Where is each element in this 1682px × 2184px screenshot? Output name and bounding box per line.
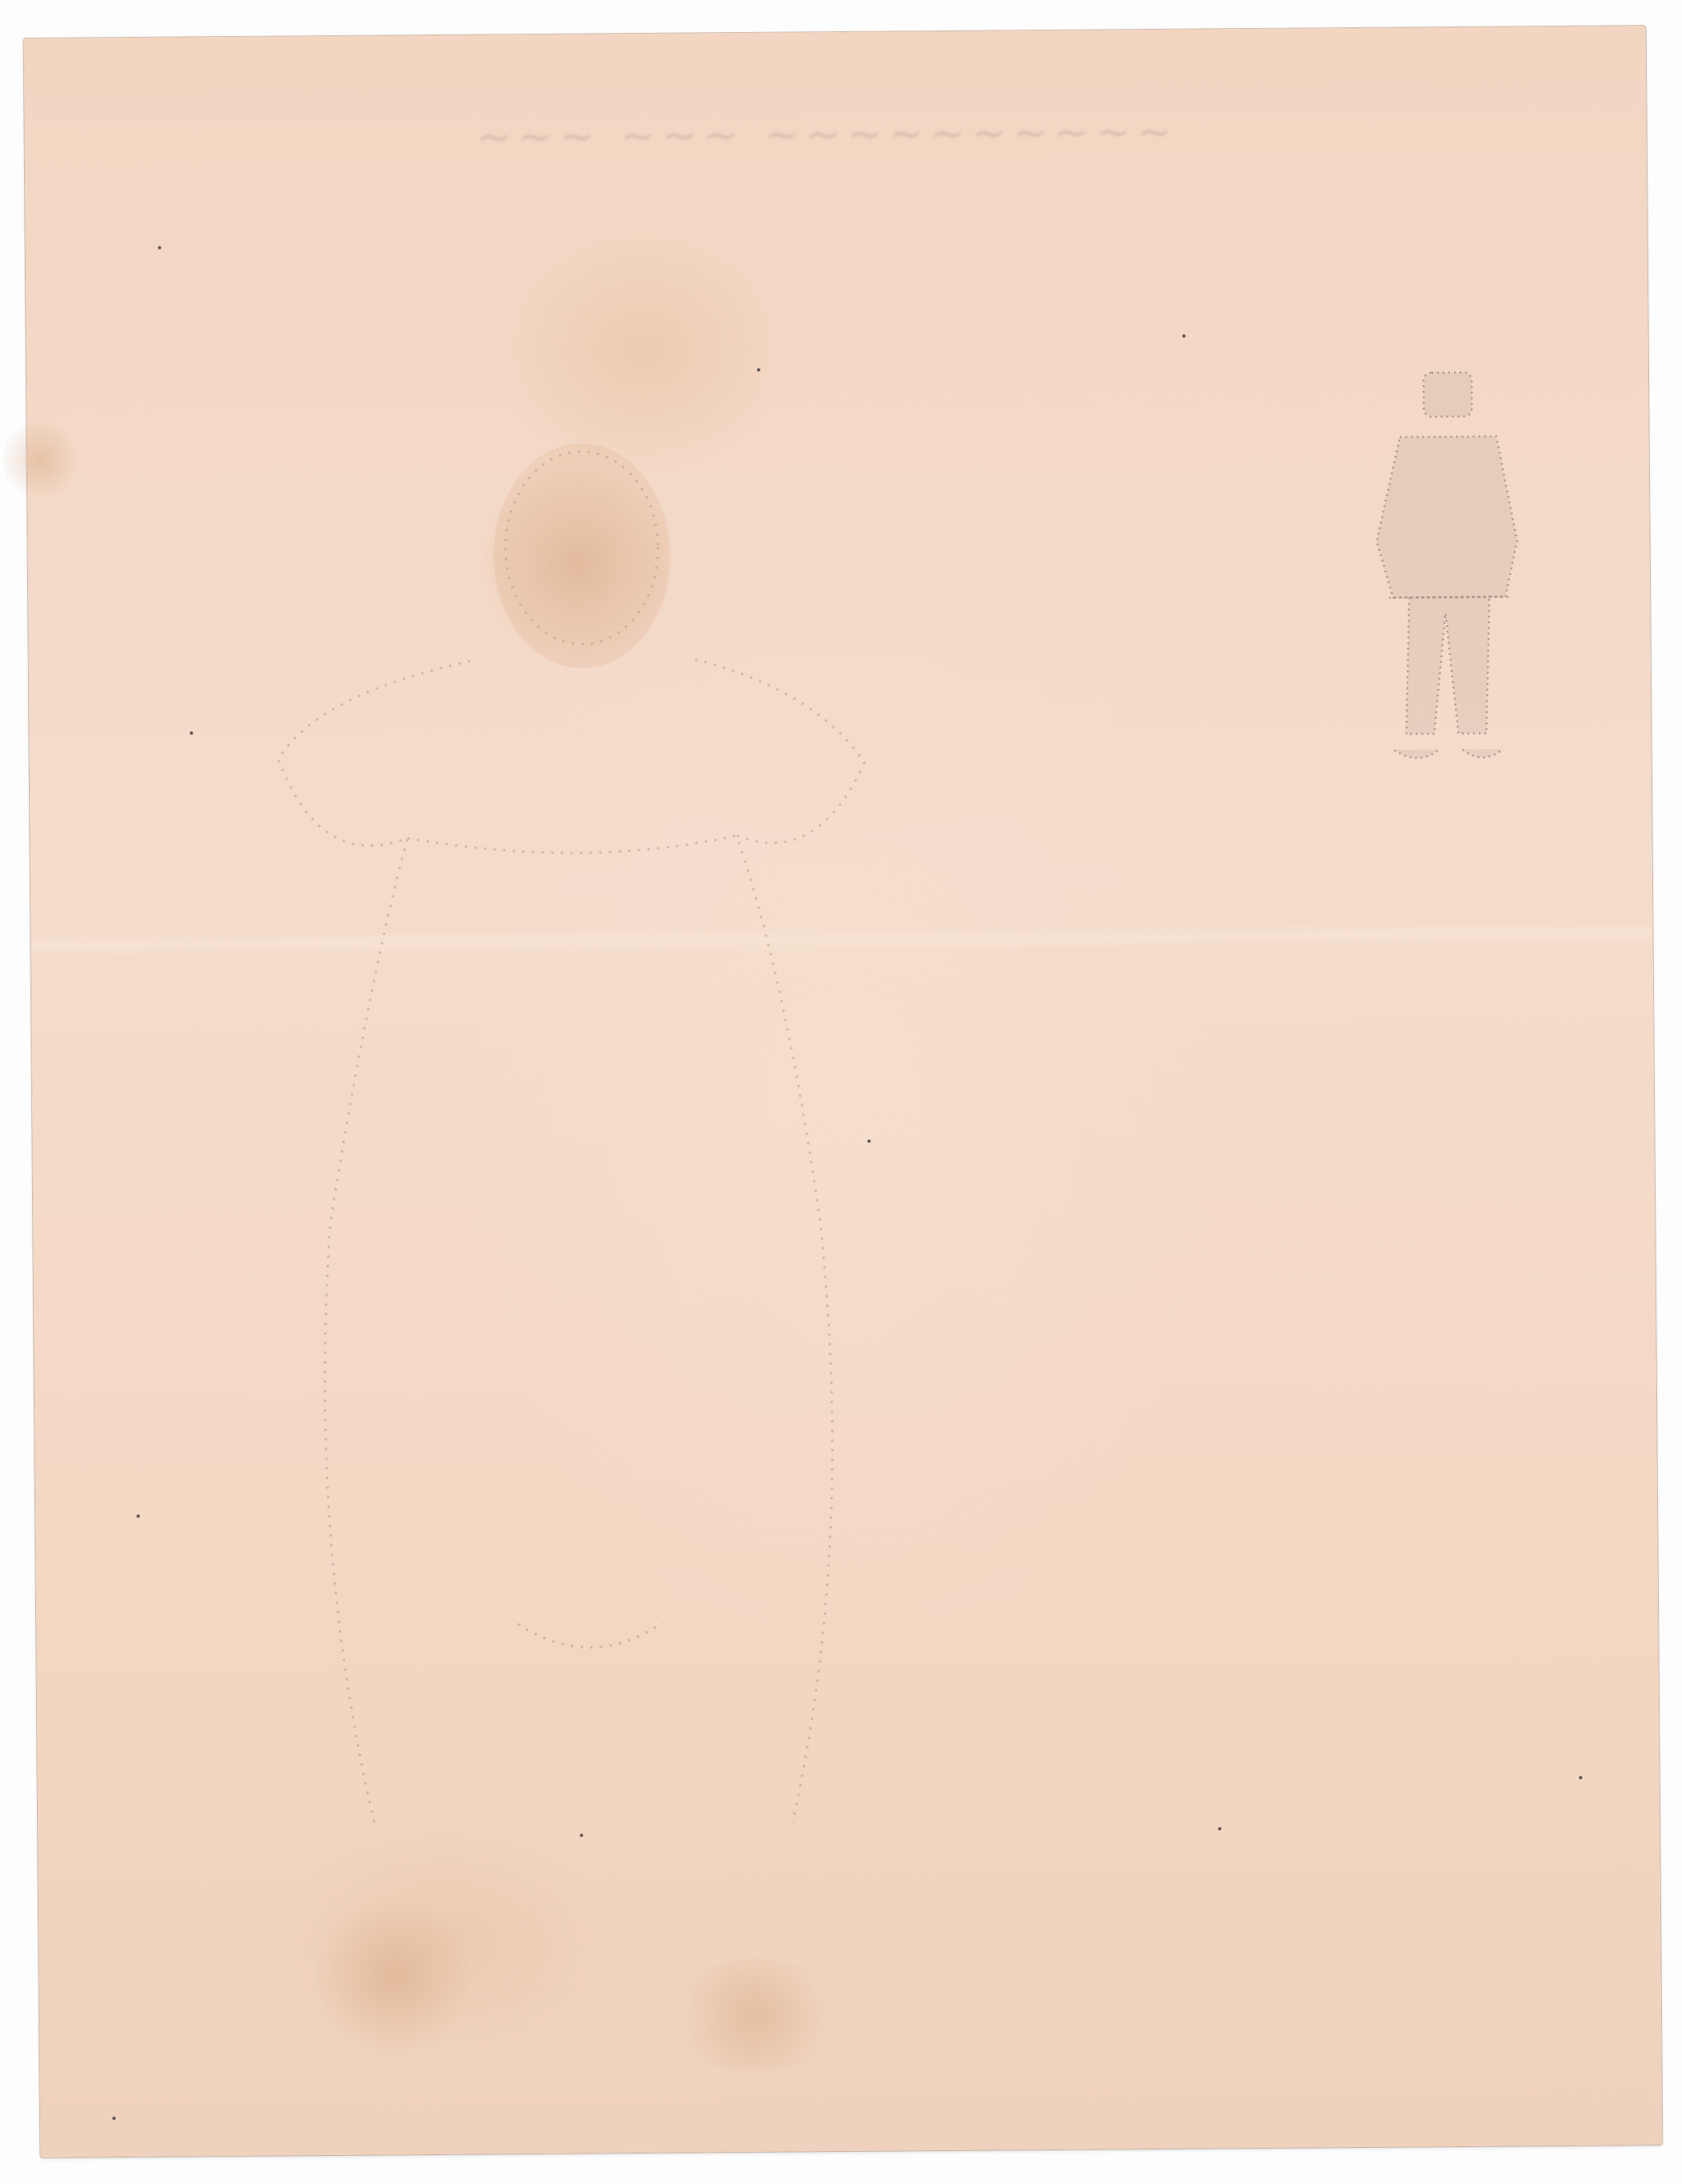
bleed-through-title: ~~~ ~~~ ~~~~~~~~~~ bbox=[401, 108, 1252, 162]
speck bbox=[1579, 1776, 1582, 1779]
speck bbox=[867, 1140, 870, 1143]
speck bbox=[580, 1834, 583, 1837]
bottom-center-stain bbox=[665, 1958, 842, 2072]
scan-background: ~~~ ~~~ ~~~~~~~~~~ bbox=[0, 0, 1682, 2184]
bottom-left-stain bbox=[312, 1897, 474, 2060]
aged-paper-sheet: ~~~ ~~~ ~~~~~~~~~~ bbox=[24, 26, 1663, 2158]
left-edge-stain bbox=[2, 415, 75, 504]
speck bbox=[112, 2117, 116, 2120]
speck bbox=[189, 731, 193, 734]
bleed-through-small-figure-icon bbox=[1343, 356, 1555, 807]
speck bbox=[1183, 335, 1186, 338]
face-stain bbox=[477, 459, 679, 669]
speck bbox=[757, 368, 760, 372]
speck bbox=[1218, 1827, 1221, 1830]
speck bbox=[158, 246, 161, 250]
speck bbox=[136, 1515, 140, 1518]
